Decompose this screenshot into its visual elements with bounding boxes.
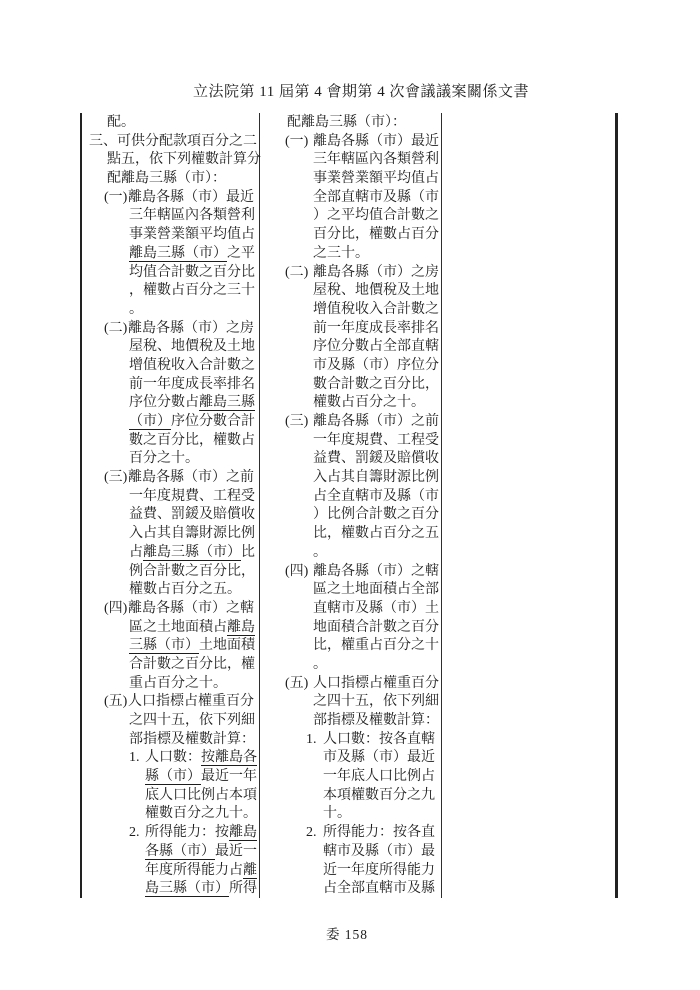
- item-marker: (五): [104, 693, 128, 712]
- document-page: 立法院第 11 屆第 4 會期第 4 次會議議案關係文書 配。三、可供分配款項百…: [0, 0, 700, 990]
- text-line: 事業營業額平均值占: [260, 170, 441, 189]
- plain-text: 前一年度成長率排名: [129, 377, 255, 392]
- plain-text: 事業營業額平均值占: [313, 171, 439, 186]
- text-line: 重占百分之十。: [82, 675, 259, 694]
- plain-text: 離島各縣（市）之房: [313, 265, 439, 280]
- text-line: 入占其自籌財源比例: [82, 525, 259, 544]
- plain-text: 增值稅收入合計數之: [129, 358, 255, 373]
- text-line: (四)離島各縣（市）之轄: [260, 563, 441, 582]
- plain-text: 占全部直轄市及縣: [323, 881, 435, 896]
- text-line: 配離島三縣（市）：: [82, 170, 259, 189]
- text-line: 權數百分之九十。: [82, 805, 259, 824]
- plain-text: 益費、罰鍰及賠償收: [129, 507, 255, 522]
- text-line: 比，權數占百分之五: [260, 525, 441, 544]
- plain-text: 區之土地面積占: [129, 620, 227, 635]
- item-marker: 1.: [129, 749, 145, 768]
- text-line: 一年度規費、工程受: [82, 488, 259, 507]
- plain-text: 人口指標占權重百分: [128, 694, 254, 709]
- plain-text: 全部直轄市及縣（市: [313, 190, 439, 205]
- plain-text: 底人口比例占本項: [145, 788, 257, 803]
- plain-text: 十。: [323, 806, 351, 821]
- text-line: 。: [260, 544, 441, 563]
- item-marker: (三): [285, 413, 313, 432]
- plain-text: 數之百分比，權數占: [129, 433, 255, 448]
- text-line: 1.人口數：按各直轄: [260, 731, 441, 750]
- text-line: 三縣（市）土地面積: [82, 637, 259, 656]
- plain-text: 人口指標占權重百分: [313, 676, 439, 691]
- plain-text: 益費、罰鍰及賠償收: [313, 451, 439, 466]
- plain-text: 之平: [227, 246, 255, 261]
- text-line: 。: [260, 656, 441, 675]
- underlined-text: 按離島各: [201, 750, 257, 766]
- plain-text: 占: [129, 545, 143, 560]
- plain-text: 所得能力：按: [145, 825, 229, 840]
- plain-text: ）比例合計數之百分: [313, 507, 439, 522]
- plain-text: 直轄市及縣（市）土: [313, 601, 439, 616]
- plain-text: 比: [241, 545, 255, 560]
- text-line: 占全直轄市及縣（市: [260, 488, 441, 507]
- column-amendment-text: 配。三、可供分配款項百分之二點五，依下列權數計算分配離島三縣（市）：(一)離島各…: [82, 114, 259, 899]
- plain-text: 人口數：: [145, 750, 201, 765]
- text-line: (四)離島各縣（市）之轄: [82, 600, 259, 619]
- plain-text: 權數占百分之五。: [129, 582, 241, 597]
- underlined-text: 離島三縣（市）: [129, 246, 227, 262]
- underlined-text: （市）: [129, 414, 171, 430]
- text-line: (五)人口指標占權重百分: [260, 675, 441, 694]
- text-line: 。: [82, 301, 259, 320]
- item-marker: 2.: [129, 824, 145, 843]
- text-line: (三)離島各縣（市）之前: [260, 413, 441, 432]
- text-line: 增值稅收入合計數之: [260, 301, 441, 320]
- plain-text: 最近一年: [201, 769, 257, 784]
- text-line: 底人口比例占本項: [82, 787, 259, 806]
- plain-text: 入占其自籌財源比例: [313, 470, 439, 485]
- plain-text: 一年度規費、工程受: [129, 489, 255, 504]
- plain-text: 轄市及縣（市）最: [323, 844, 435, 859]
- underlined-text: 離島: [227, 620, 255, 636]
- text-line: 序位分數占全部直轄: [260, 338, 441, 357]
- text-line: 屋稅、地價稅及土地: [260, 282, 441, 301]
- plain-text: 所得: [229, 881, 257, 896]
- item-marker: (一): [285, 133, 313, 152]
- text-line: 三年轄區內各類營利: [82, 207, 259, 226]
- text-line: 三、可供分配款項百分之二: [82, 133, 259, 152]
- text-line: 均值合計數之百分比: [82, 264, 259, 283]
- text-line: 年度所得能力占離: [82, 862, 259, 881]
- text-line: (二)離島各縣（市）之房: [82, 320, 259, 339]
- text-line: 權數占百分之五。: [82, 581, 259, 600]
- text-line: 百分之十。: [82, 450, 259, 469]
- text-line: 部指標及權數計算：: [260, 712, 441, 731]
- plain-text: 之四十五，依下列細: [313, 694, 439, 709]
- plain-text: 一年度規費、工程受: [313, 433, 439, 448]
- plain-text: 百分之十。: [129, 451, 199, 466]
- text-line: 轄市及縣（市）最: [260, 843, 441, 862]
- plain-text: 部指標及權數計算：: [129, 732, 255, 747]
- plain-text: 數合計數之百分比，: [313, 377, 439, 392]
- underlined-text: 離島: [229, 825, 257, 841]
- plain-text: 三年轄區內各類營利: [313, 152, 439, 167]
- text-line: 增值稅收入合計數之: [82, 357, 259, 376]
- text-line: 各縣（市）最近一: [82, 843, 259, 862]
- plain-text: 序位分數占: [129, 395, 199, 410]
- underlined-text: 離: [243, 863, 257, 879]
- plain-text: 增值稅收入合計數之: [313, 302, 439, 317]
- text-line: 市及縣（市）最近: [260, 749, 441, 768]
- plain-text: 。: [129, 302, 143, 317]
- item-marker: (三): [104, 469, 128, 488]
- text-line: 占離島三縣（市）比: [82, 544, 259, 563]
- plain-text: 市及縣（市）最近: [323, 750, 435, 765]
- text-line: ）之平均值合計數之: [260, 207, 441, 226]
- plain-text: 年度所得能力占: [145, 863, 243, 878]
- plain-text: 離島各縣（市）之轄: [313, 564, 439, 579]
- text-line: 數之百分比，權數占: [82, 432, 259, 451]
- plain-text: 所得能力：按各直: [323, 825, 435, 840]
- text-line: 益費、罰鍰及賠償收: [82, 506, 259, 525]
- plain-text: 區之土地面積占全部: [313, 582, 439, 597]
- text-line: 三年轄區內各類營利: [260, 151, 441, 170]
- text-line: 本項權數百分之九: [260, 787, 441, 806]
- plain-text: 占全直轄市及縣（市: [313, 489, 439, 504]
- text-line: 占全部直轄市及縣: [260, 880, 441, 899]
- underlined-text: 離島三縣: [199, 395, 255, 411]
- plain-text: 屋稅、地價稅及土地: [313, 283, 439, 298]
- text-line: 配。: [82, 114, 259, 133]
- text-line: 區之土地面積占離島: [82, 619, 259, 638]
- text-line: 1.人口數：按離島各: [82, 749, 259, 768]
- text-line: 入占其自籌財源比例: [260, 469, 441, 488]
- plain-text: 配離島三縣（市）：: [287, 115, 406, 130]
- table-border-right: [615, 113, 618, 898]
- text-line: 比，權重占百分之十: [260, 637, 441, 656]
- plain-text: 本項權數百分之九: [323, 788, 435, 803]
- plain-text: 離島各縣（市）最近: [128, 190, 254, 205]
- plain-text: 入占其自籌財源比例: [129, 526, 255, 541]
- text-line: 全部直轄市及縣（市: [260, 189, 441, 208]
- item-marker: (二): [104, 320, 128, 339]
- plain-text: 近一年度所得能力: [323, 863, 435, 878]
- plain-text: 均值合計數之百分比: [129, 265, 255, 280]
- plain-text: 之四十五，依下列細: [129, 713, 255, 728]
- text-line: 例合計數之百分比，: [82, 563, 259, 582]
- text-line: 前一年度成長率排名: [82, 376, 259, 395]
- plain-text: 合計數之百分比，權: [129, 657, 255, 672]
- plain-text: 三、可供分配款項百分之二: [89, 134, 257, 149]
- text-line: (二)離島各縣（市）之房: [260, 264, 441, 283]
- plain-text: 離島各縣（市）之前: [313, 414, 439, 429]
- plain-text: 權數百分之九十。: [145, 806, 257, 821]
- plain-text: 離島各縣（市）之前: [128, 470, 254, 485]
- plain-text: 比，權數占百分之五: [313, 526, 439, 541]
- text-line: 數合計數之百分比，: [260, 376, 441, 395]
- text-line: 之四十五，依下列細: [82, 712, 259, 731]
- plain-text: 離島各縣（市）之房: [128, 321, 254, 336]
- plain-text: 比，權重占百分之十: [313, 638, 439, 653]
- text-line: 前一年度成長率排名: [260, 320, 441, 339]
- plain-text: 序位分數合計: [171, 414, 255, 429]
- item-marker: (五): [285, 675, 313, 694]
- text-line: 直轄市及縣（市）土: [260, 600, 441, 619]
- text-line: 一年底人口比例占: [260, 768, 441, 787]
- plain-text: 市及縣（市）序位分: [313, 358, 439, 373]
- text-line: 配離島三縣（市）：: [260, 114, 441, 133]
- plain-text: 點五，依下列權數計算分: [107, 152, 261, 167]
- plain-text: 一年底人口比例占: [323, 769, 435, 784]
- text-line: 市及縣（市）序位分: [260, 357, 441, 376]
- underlined-text: 縣（市）: [145, 769, 201, 785]
- item-marker: 1.: [306, 731, 323, 750]
- text-line: 益費、罰鍰及賠償收: [260, 450, 441, 469]
- plain-text: ，權數占百分之三十: [129, 283, 255, 298]
- text-line: 點五，依下列權數計算分: [82, 151, 259, 170]
- item-marker: (四): [285, 563, 313, 582]
- text-line: 2.所得能力：按各直: [260, 824, 441, 843]
- text-line: 一年度規費、工程受: [260, 432, 441, 451]
- underlined-text: 三縣（市）: [129, 638, 199, 654]
- text-line: 島三縣（市）所得: [82, 880, 259, 899]
- text-line: 之四十五，依下列細: [260, 693, 441, 712]
- plain-text: 事業營業額平均值占: [129, 227, 255, 242]
- plain-text: 離島各縣（市）之轄: [128, 601, 254, 616]
- text-line: 屋稅、地價稅及土地: [82, 338, 259, 357]
- plain-text: 百分比，權數占百分: [313, 227, 439, 242]
- plain-text: 前一年度成長率排名: [313, 321, 439, 336]
- item-marker: (四): [104, 600, 128, 619]
- plain-text: 權數占百分之十。: [313, 395, 425, 410]
- text-line: ）比例合計數之百分: [260, 506, 441, 525]
- page-header: 立法院第 11 屆第 4 會期第 4 次會議議案關係文書: [11, 80, 700, 101]
- plain-text: 人口數：按各直轄: [323, 732, 435, 747]
- text-line: 縣（市）最近一年: [82, 768, 259, 787]
- text-line: 序位分數占離島三縣: [82, 394, 259, 413]
- text-line: 合計數之百分比，權: [82, 656, 259, 675]
- page-footer: 委 158: [0, 923, 697, 943]
- text-line: (一)離島各縣（市）最近: [260, 133, 441, 152]
- plain-text: 重占百分之十。: [129, 676, 227, 691]
- text-line: 離島三縣（市）之平: [82, 245, 259, 264]
- item-marker: (一): [104, 189, 128, 208]
- plain-text: 。: [313, 545, 327, 560]
- text-line: (三)離島各縣（市）之前: [82, 469, 259, 488]
- text-line: (五)人口指標占權重百分: [82, 693, 259, 712]
- text-line: 地面積合計數之百分: [260, 619, 441, 638]
- plain-text: 屋稅、地價稅及土地: [129, 339, 255, 354]
- plain-text: ）之平均值合計數之: [313, 208, 439, 223]
- text-line: 十。: [260, 805, 441, 824]
- item-marker: (二): [285, 264, 313, 283]
- plain-text: 部指標及權數計算：: [313, 713, 439, 728]
- text-line: 百分比，權數占百分: [260, 226, 441, 245]
- text-line: 近一年度所得能力: [260, 862, 441, 881]
- plain-text: 。: [313, 657, 327, 672]
- underlined-text: 離島三縣（市）: [143, 545, 241, 561]
- underlined-text: 各縣（市）: [145, 844, 215, 860]
- plain-text: 例合計數之百分比，: [129, 564, 255, 579]
- plain-text: 三年轄區內各類營利: [129, 208, 255, 223]
- text-line: (一)離島各縣（市）最近: [82, 189, 259, 208]
- item-marker: 2.: [306, 824, 323, 843]
- plain-text: 配離島三縣（市）：: [107, 171, 226, 186]
- plain-text: 地面積合計數之百分: [313, 620, 439, 635]
- column-current-law-text: 配離島三縣（市）：(一)離島各縣（市）最近三年轄區內各類營利事業營業額平均值占全…: [260, 114, 441, 899]
- text-line: （市）序位分數合計: [82, 413, 259, 432]
- text-line: 區之土地面積占全部: [260, 581, 441, 600]
- plain-text: 土地面積: [199, 638, 255, 653]
- text-line: 之三十。: [260, 245, 441, 264]
- plain-text: 離島各縣（市）最近: [313, 134, 439, 149]
- text-line: 事業營業額平均值占: [82, 226, 259, 245]
- plain-text: 之三十。: [313, 246, 369, 261]
- plain-text: 序位分數占全部直轄: [313, 339, 439, 354]
- text-line: 權數占百分之十。: [260, 394, 441, 413]
- underlined-text: 島三縣（市）: [145, 881, 229, 897]
- table-column-divider-2: [441, 113, 442, 898]
- plain-text: 最近一: [215, 844, 257, 859]
- text-line: 2.所得能力：按離島: [82, 824, 259, 843]
- text-line: ，權數占百分之三十: [82, 282, 259, 301]
- plain-text: 配。: [107, 115, 135, 130]
- text-line: 部指標及權數計算：: [82, 731, 259, 750]
